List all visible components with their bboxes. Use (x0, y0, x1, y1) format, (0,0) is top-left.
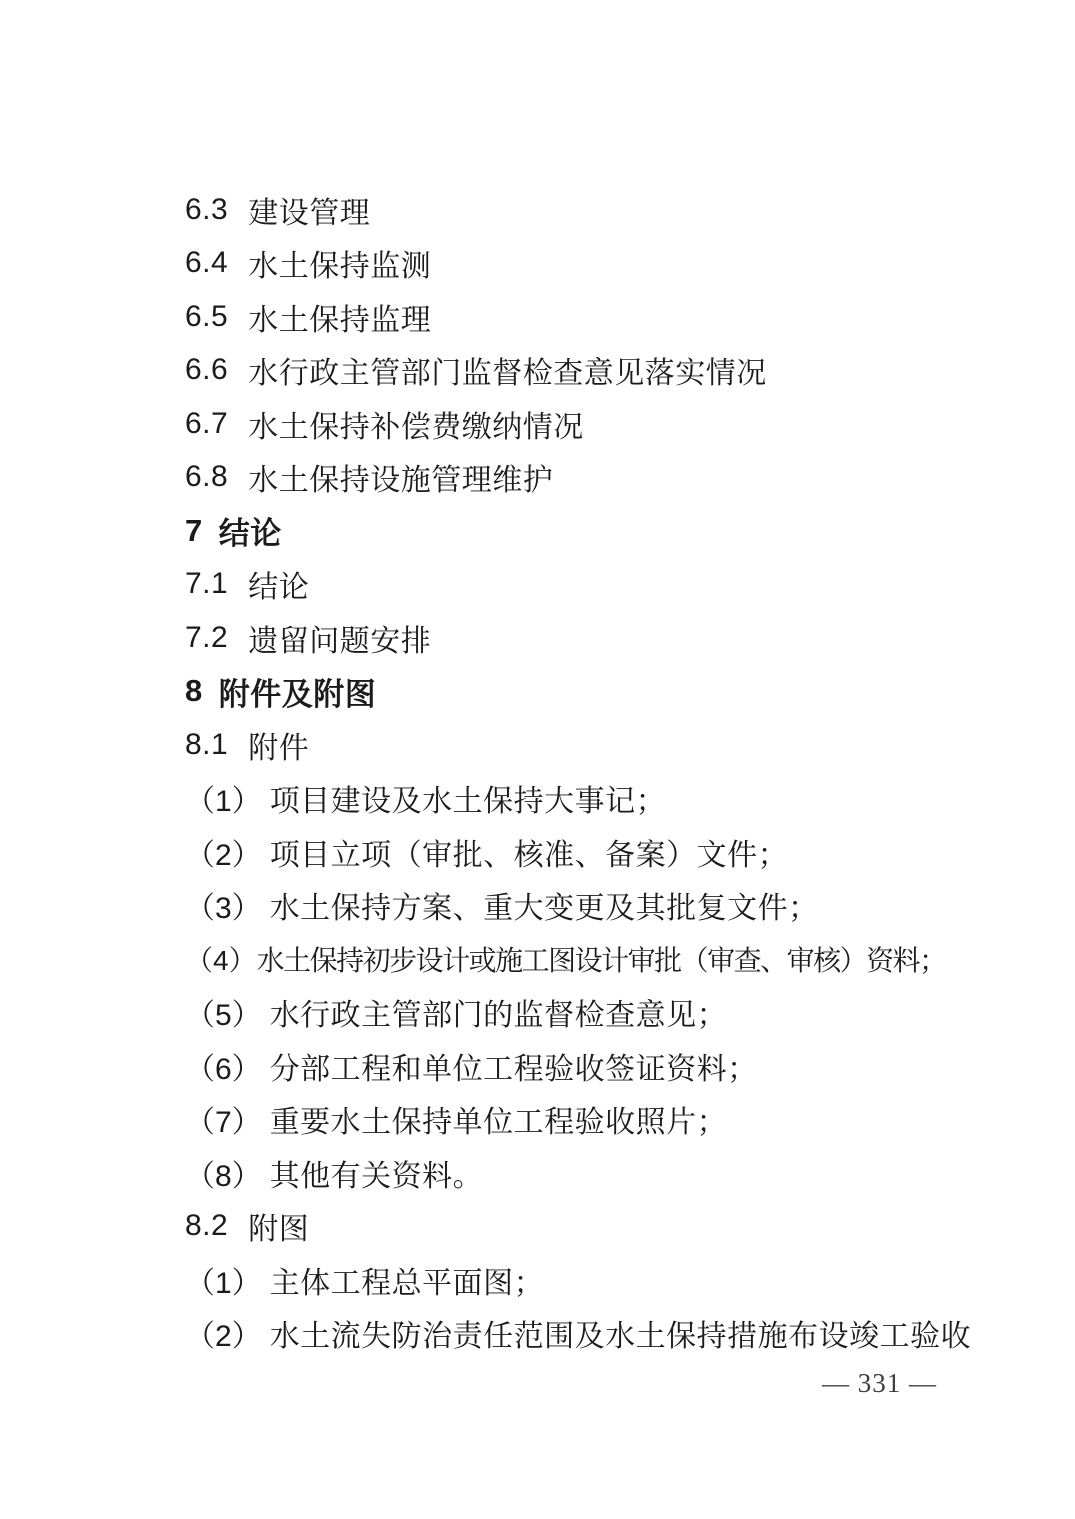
figure-item-1: （1） 主体工程总平面图； (185, 1253, 975, 1307)
attachment-item-8: （8） 其他有关资料。 (185, 1146, 975, 1200)
item-text: 项目立项（审批、核准、备案）文件； (270, 830, 789, 874)
section-title: 附件 (248, 723, 309, 767)
section-6-7: 6.7 水土保持补偿费缴纳情况 (185, 397, 975, 451)
item-marker: （2） (185, 830, 262, 874)
section-title: 结论 (248, 562, 309, 606)
section-6-5: 6.5 水土保持监理 (185, 290, 975, 344)
section-number: 8.2 (185, 1209, 228, 1243)
item-text: 项目建设及水土保持大事记； (270, 776, 667, 820)
item-marker: （1） (185, 1258, 262, 1302)
chapter-title: 附件及附图 (219, 669, 377, 714)
section-8-2: 8.2 附图 (185, 1200, 975, 1254)
section-number: 7.2 (185, 621, 228, 655)
item-marker: （6） (185, 1044, 262, 1088)
attachment-item-5: （5） 水行政主管部门的监督检查意见； (185, 986, 975, 1040)
chapter-number: 8 (185, 673, 203, 709)
item-marker: （5） (185, 990, 262, 1034)
item-marker: （1） (185, 776, 262, 820)
item-marker: （8） (185, 1151, 262, 1195)
chapter-7: 7 结论 (185, 504, 975, 558)
chapter-title: 结论 (219, 508, 282, 553)
item-text: 主体工程总平面图； (270, 1258, 545, 1302)
item-text: 重要水土保持单位工程验收照片； (270, 1097, 728, 1141)
item-text: 其他有关资料。 (270, 1151, 484, 1195)
section-number: 6.4 (185, 246, 228, 280)
item-text: 水土流失防治责任范围及水土保持措施布设竣工验收 (270, 1311, 972, 1355)
section-title: 遗留问题安排 (248, 616, 431, 660)
attachment-item-7: （7） 重要水土保持单位工程验收照片； (185, 1093, 975, 1147)
section-number: 6.6 (185, 353, 228, 387)
item-marker: （4） (185, 939, 257, 979)
section-number: 6.3 (185, 193, 228, 227)
attachment-item-6: （6） 分部工程和单位工程验收签证资料； (185, 1039, 975, 1093)
section-title: 水土保持设施管理维护 (248, 455, 553, 499)
section-7-1: 7.1 结论 (185, 558, 975, 612)
section-number: 6.5 (185, 300, 228, 334)
section-8-1: 8.1 附件 (185, 718, 975, 772)
attachment-item-4: （4） 水土保持初步设计或施工图设计审批（审查、审核）资料； (185, 932, 975, 986)
section-6-8: 6.8 水土保持设施管理维护 (185, 451, 975, 505)
attachment-item-2: （2） 项目立项（审批、核准、备案）文件； (185, 825, 975, 879)
section-title: 建设管理 (248, 188, 370, 232)
section-title: 附图 (248, 1204, 309, 1248)
section-number: 6.7 (185, 407, 228, 441)
section-number: 7.1 (185, 567, 228, 601)
attachment-item-3: （3） 水土保持方案、重大变更及其批复文件； (185, 879, 975, 933)
section-title: 水行政主管部门监督检查意见落实情况 (248, 348, 767, 392)
item-text: 水行政主管部门的监督检查意见； (270, 990, 728, 1034)
item-text: 水土保持初步设计或施工图设计审批（审查、审核）资料； (257, 939, 946, 979)
section-number: 8.1 (185, 728, 228, 762)
figure-item-2: （2） 水土流失防治责任范围及水土保持措施布设竣工验收 (185, 1307, 975, 1361)
attachment-item-1: （1） 项目建设及水土保持大事记； (185, 772, 975, 826)
section-title: 水土保持监测 (248, 241, 431, 285)
item-marker: （7） (185, 1097, 262, 1141)
chapter-8: 8 附件及附图 (185, 665, 975, 719)
section-6-6: 6.6 水行政主管部门监督检查意见落实情况 (185, 344, 975, 398)
toc-content: 6.3 建设管理 6.4 水土保持监测 6.5 水土保持监理 6.6 水行政主管… (185, 183, 975, 1360)
item-marker: （3） (185, 883, 262, 927)
chapter-number: 7 (185, 513, 203, 549)
section-6-3: 6.3 建设管理 (185, 183, 975, 237)
section-6-4: 6.4 水土保持监测 (185, 237, 975, 291)
section-7-2: 7.2 遗留问题安排 (185, 611, 975, 665)
section-title: 水土保持补偿费缴纳情况 (248, 402, 584, 446)
page-number: — 331 — (822, 1368, 937, 1399)
item-marker: （2） (185, 1311, 262, 1355)
item-text: 水土保持方案、重大变更及其批复文件； (270, 883, 819, 927)
section-number: 6.8 (185, 460, 228, 494)
item-text: 分部工程和单位工程验收签证资料； (270, 1044, 758, 1088)
section-title: 水土保持监理 (248, 295, 431, 339)
